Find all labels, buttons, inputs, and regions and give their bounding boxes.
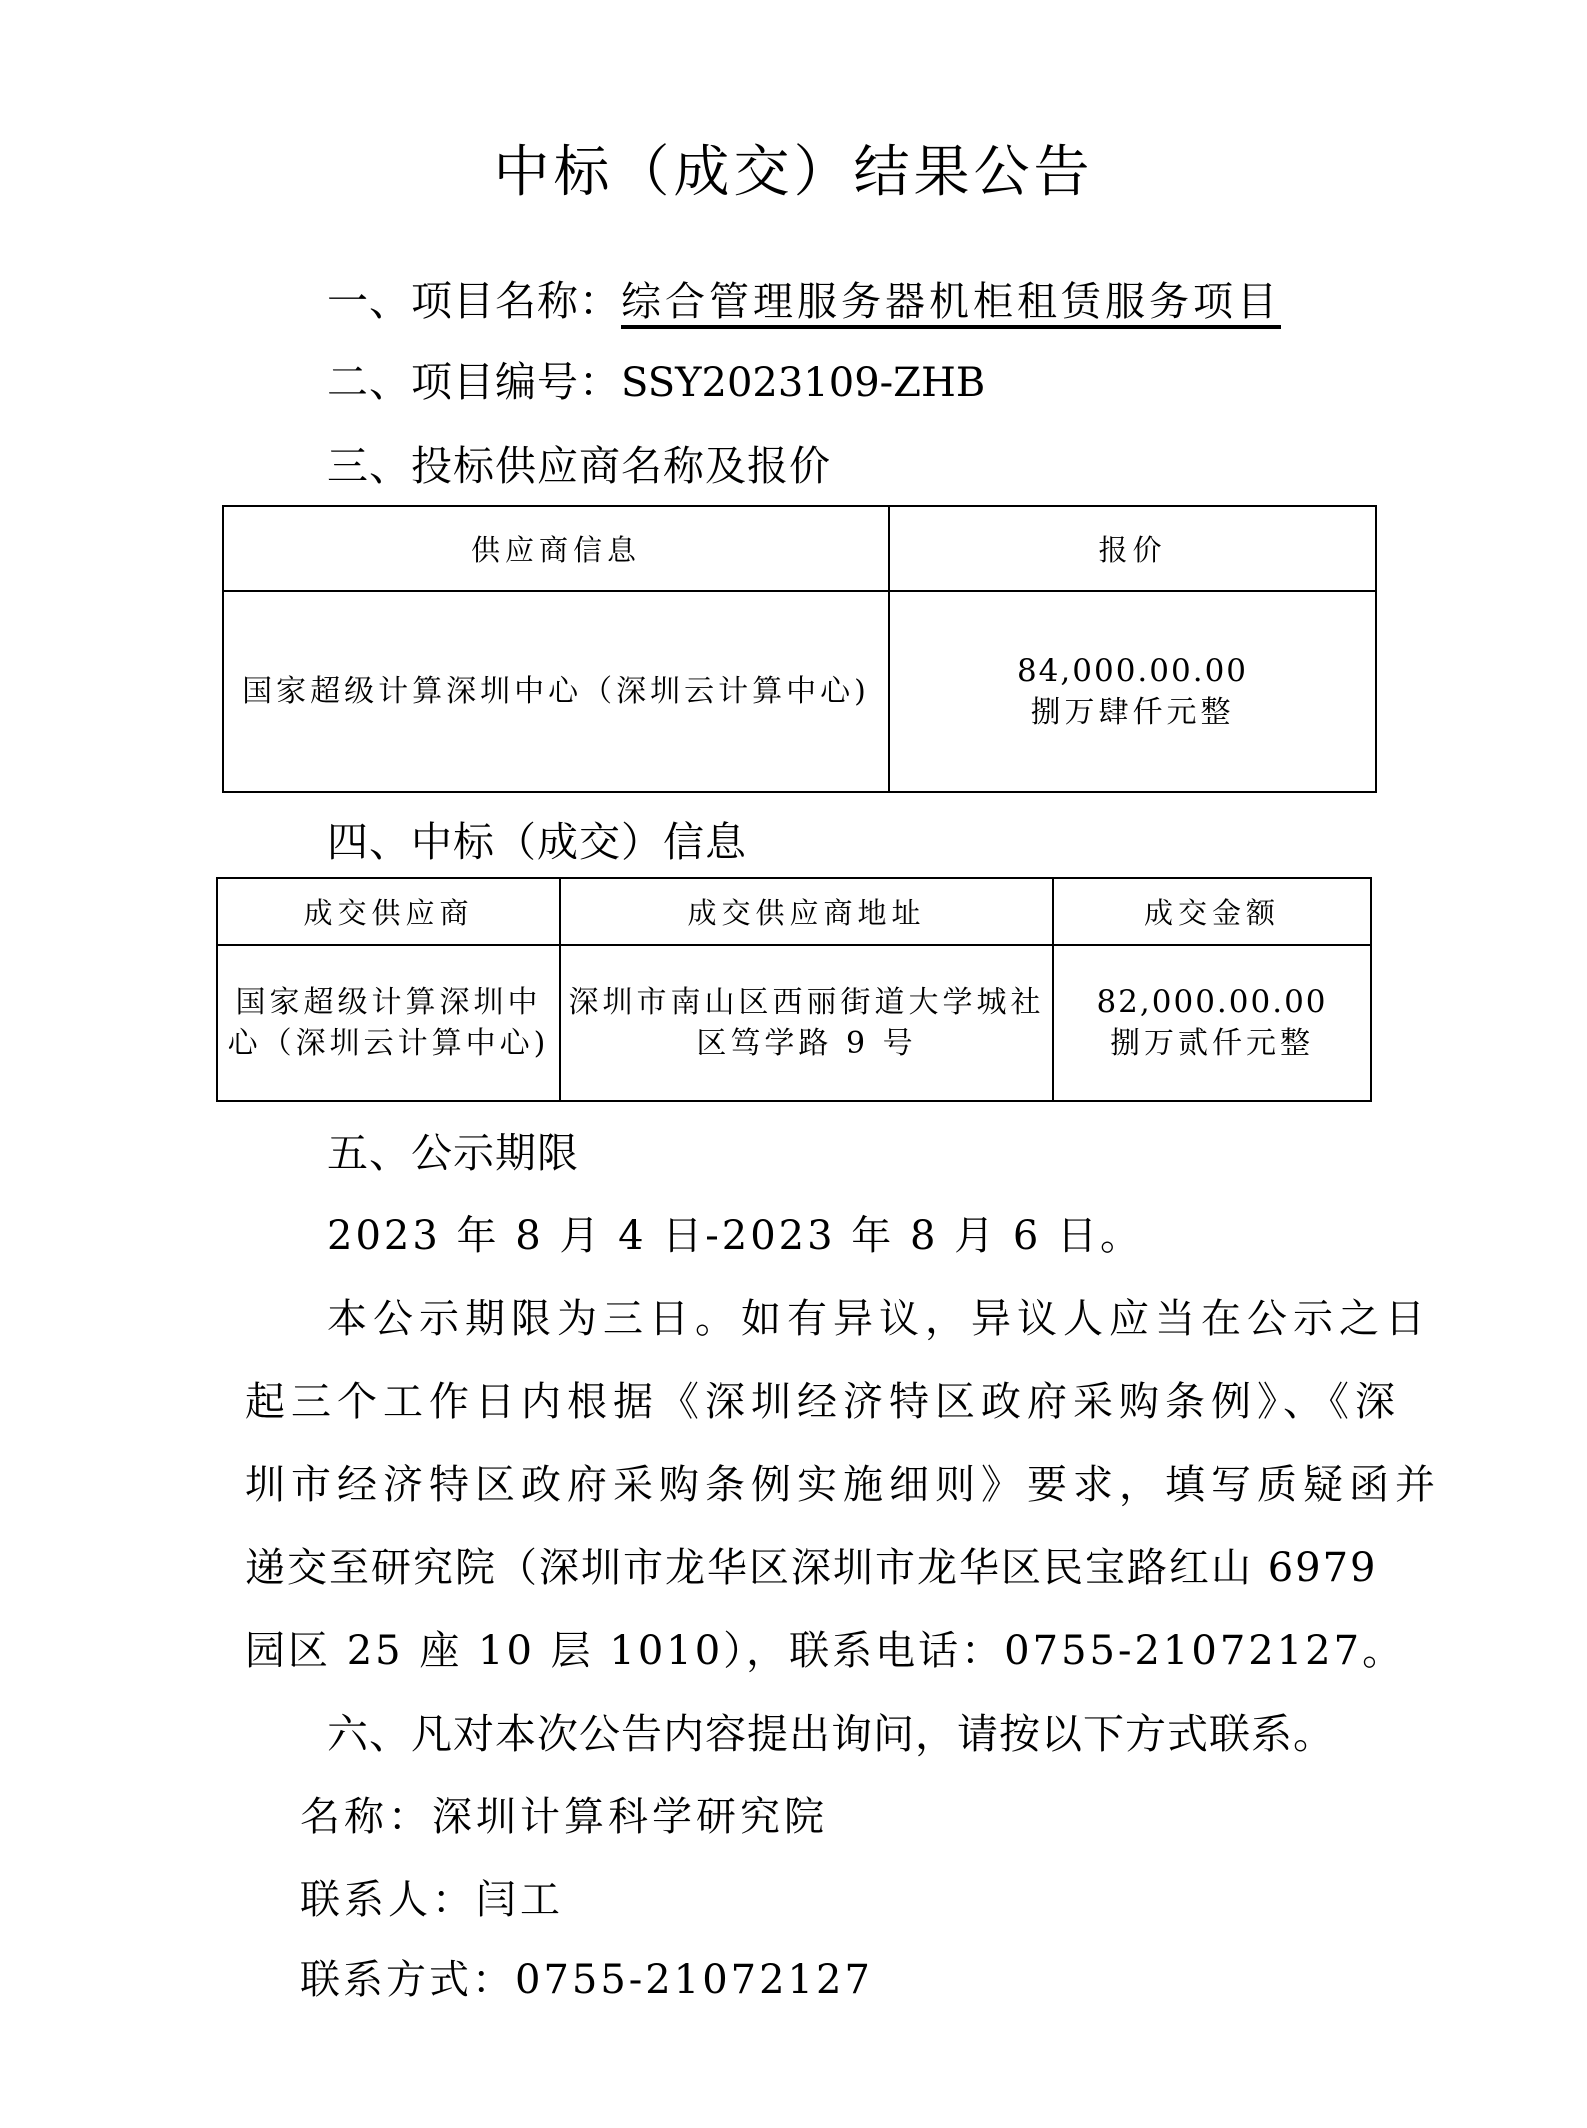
award-table-header: 成交供应商 成交供应商地址 成交金额 bbox=[217, 878, 1371, 945]
contact-name: 名称：深圳计算科学研究院 bbox=[300, 1789, 828, 1845]
header-price: 报价 bbox=[889, 506, 1376, 591]
project-name-row: 一、项目名称：综合管理服务器机柜租赁服务项目 bbox=[327, 270, 1281, 329]
supplier-line-2: 心（深圳云计算中心) bbox=[218, 1023, 559, 1064]
project-number-value: SSY2023109-ZHB bbox=[621, 360, 985, 406]
award-heading: 四、中标（成交）信息 bbox=[327, 814, 747, 870]
paragraph-line-2: 起三个工作日内根据《深圳经济特区政府采购条例》、《深 bbox=[245, 1374, 1401, 1430]
header-supplier-info: 供应商信息 bbox=[223, 506, 889, 591]
project-name-value: 综合管理服务器机柜租赁服务项目 bbox=[621, 279, 1281, 329]
amount-words: 捌万贰仟元整 bbox=[1054, 1023, 1370, 1064]
contact-phone: 联系方式：0755-21072127 bbox=[300, 1952, 873, 2008]
table-row: 国家超级计算深圳中 心（深圳云计算中心) 深圳市南山区西丽街道大学城社 区笃学路… bbox=[217, 945, 1371, 1101]
price-words: 捌万肆仟元整 bbox=[890, 692, 1375, 733]
amount-number: 82,000.00.00 bbox=[1054, 982, 1370, 1023]
table-row: 国家超级计算深圳中心（深圳云计算中心) 84,000.00.00 捌万肆仟元整 bbox=[223, 591, 1376, 792]
paragraph-line-4: 递交至研究院（深圳市龙华区深圳市龙华区民宝路红山 6979 bbox=[245, 1540, 1378, 1596]
supplier-line-1: 国家超级计算深圳中 bbox=[218, 982, 559, 1023]
supplier-address-cell: 深圳市南山区西丽街道大学城社 区笃学路 9 号 bbox=[560, 945, 1053, 1101]
bidders-heading: 三、投标供应商名称及报价 bbox=[327, 438, 831, 494]
bidders-table-header: 供应商信息 报价 bbox=[223, 506, 1376, 591]
address-line-1: 深圳市南山区西丽街道大学城社 bbox=[561, 982, 1052, 1023]
paragraph-line-5: 园区 25 座 10 层 1010），联系电话：0755-21072127。 bbox=[245, 1623, 1405, 1679]
header-amount: 成交金额 bbox=[1053, 878, 1371, 945]
publicity-period: 2023 年 8 月 4 日-2023 年 8 月 6 日。 bbox=[327, 1208, 1143, 1264]
award-table: 成交供应商 成交供应商地址 成交金额 国家超级计算深圳中 心（深圳云计算中心) … bbox=[216, 877, 1372, 1102]
header-winning-supplier: 成交供应商 bbox=[217, 878, 560, 945]
project-number-row: 二、项目编号：SSY2023109-ZHB bbox=[327, 354, 985, 410]
paragraph-line-1: 本公示期限为三日。如有异议，异议人应当在公示之日 bbox=[327, 1291, 1431, 1347]
inquiry-heading: 六、凡对本次公告内容提出询问，请按以下方式联系。 bbox=[327, 1706, 1335, 1762]
bidders-table: 供应商信息 报价 国家超级计算深圳中心（深圳云计算中心) 84,000.00.0… bbox=[222, 505, 1377, 793]
project-name-label: 一、项目名称： bbox=[327, 277, 621, 325]
amount-cell: 82,000.00.00 捌万贰仟元整 bbox=[1053, 945, 1371, 1101]
price-number: 84,000.00.00 bbox=[890, 651, 1375, 692]
page-title: 中标（成交）结果公告 bbox=[0, 138, 1587, 208]
contact-person: 联系人：闫工 bbox=[300, 1872, 564, 1928]
publicity-heading: 五、公示期限 bbox=[327, 1125, 579, 1181]
winning-supplier-cell: 国家超级计算深圳中 心（深圳云计算中心) bbox=[217, 945, 560, 1101]
address-line-2: 区笃学路 9 号 bbox=[561, 1023, 1052, 1064]
price-cell: 84,000.00.00 捌万肆仟元整 bbox=[889, 591, 1376, 792]
supplier-cell: 国家超级计算深圳中心（深圳云计算中心) bbox=[223, 591, 889, 792]
header-supplier-address: 成交供应商地址 bbox=[560, 878, 1053, 945]
paragraph-line-3: 圳市经济特区政府采购条例实施细则》要求，填写质疑函并 bbox=[245, 1457, 1441, 1513]
project-number-label: 二、项目编号： bbox=[327, 358, 621, 406]
